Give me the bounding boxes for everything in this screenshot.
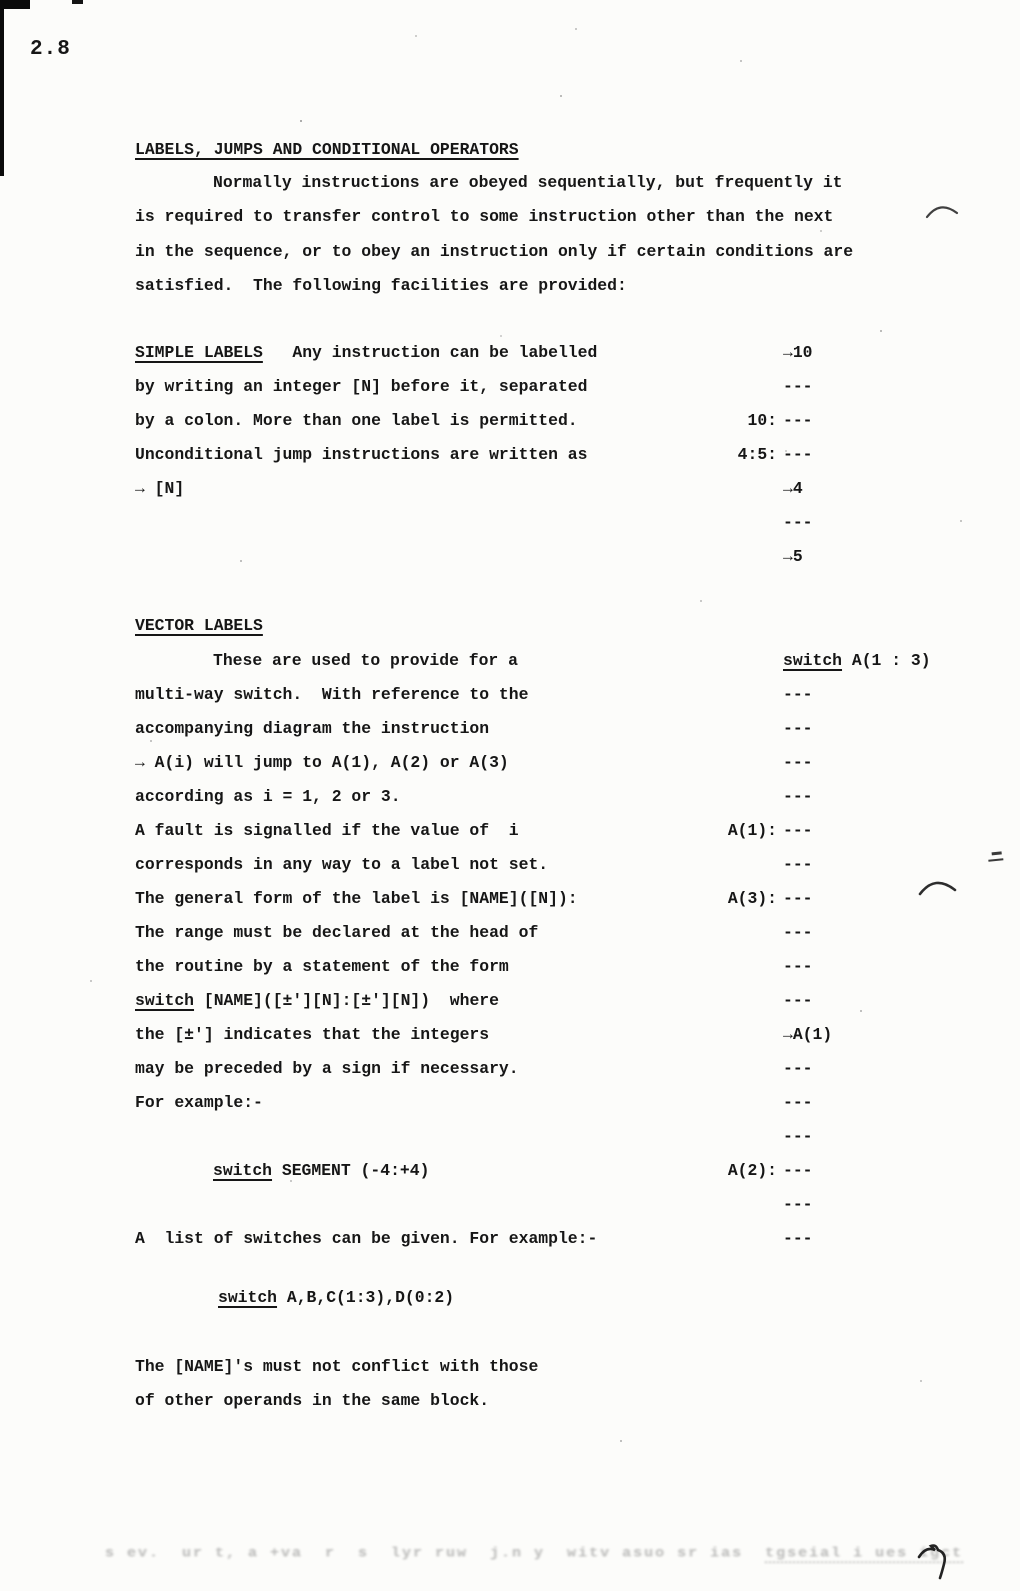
- row-text: Any instruction can be labelled: [263, 343, 597, 362]
- code-text: A(1 : 3): [842, 651, 931, 670]
- code-text: ---: [783, 411, 813, 430]
- text-line: is required to transfer control to some …: [135, 200, 935, 234]
- code-text: ---: [783, 1093, 813, 1112]
- code-line-label: [707, 1052, 777, 1086]
- code-text: ---: [783, 787, 813, 806]
- code-line-label: A(2):: [707, 1154, 777, 1188]
- row-left-text: A list of switches can be given. For exa…: [135, 1222, 707, 1256]
- row-left-text: may be preceded by a sign if necessary.: [135, 1052, 707, 1086]
- row-text: A fault is signalled if the value of i: [135, 821, 519, 840]
- code-line-label: [707, 644, 777, 678]
- code-column: ---: [783, 506, 945, 540]
- code-column: ---: [783, 780, 945, 814]
- row-left-text: [135, 1188, 707, 1222]
- two-column-row: Unconditional jump instructions are writ…: [135, 438, 945, 472]
- code-line-label: [707, 336, 777, 370]
- code-text: ---: [783, 1059, 813, 1078]
- row-left-text: → [N]: [135, 472, 707, 506]
- code-text: ---: [783, 719, 813, 738]
- code-text: ---: [783, 685, 813, 704]
- underlined-keyword: SIMPLE LABELS: [135, 343, 263, 362]
- two-column-row: → [N] →4: [135, 472, 945, 506]
- row-left-text: The general form of the label is [NAME](…: [135, 882, 707, 916]
- two-column-row: The general form of the label is [NAME](…: [135, 882, 945, 916]
- two-column-row: by writing an integer [N] before it, sep…: [135, 370, 945, 404]
- row-text: accompanying diagram the instruction: [135, 719, 489, 738]
- bleed-through-text: s ev. ur t, a +va r s lyr ruw j.n y witv…: [105, 1546, 865, 1562]
- code-line-label: [707, 678, 777, 712]
- row-text: multi-way switch. With reference to the: [135, 685, 528, 704]
- code-text: ---: [783, 991, 813, 1010]
- two-column-row: may be preceded by a sign if necessary. …: [135, 1052, 945, 1086]
- page-title: LABELS, JUMPS AND CONDITIONAL OPERATORS: [135, 140, 519, 159]
- code-line-label: [707, 1222, 777, 1256]
- code-column: ---: [783, 916, 945, 950]
- row-left-text: the [±'] indicates that the integers: [135, 1018, 707, 1052]
- code-line-label: [707, 746, 777, 780]
- row-left-text: A fault is signalled if the value of i: [135, 814, 707, 848]
- code-line-label: [707, 506, 777, 540]
- code-column: ---: [783, 404, 945, 438]
- line-text: of other operands in the same block.: [135, 1391, 489, 1410]
- pen-arc-mark-top: [925, 198, 967, 224]
- code-text: →10: [783, 343, 813, 362]
- two-column-row: switch SEGMENT (-4:+4) A(2): ---: [135, 1154, 945, 1188]
- two-column-row: accompanying diagram the instruction ---: [135, 712, 945, 746]
- code-text: ---: [783, 821, 813, 840]
- code-line-label: [707, 950, 777, 984]
- code-text: →5: [783, 547, 803, 566]
- row-left-text: the routine by a statement of the form: [135, 950, 707, 984]
- row-text: according as i = 1, 2 or 3.: [135, 787, 401, 806]
- text-line: The [NAME]'s must not conflict with thos…: [135, 1350, 538, 1384]
- code-column: switch A(1 : 3): [783, 644, 945, 678]
- text-line: Normally instructions are obeyed sequent…: [135, 166, 935, 200]
- row-text: the routine by a statement of the form: [135, 957, 509, 976]
- row-text: SEGMENT (-4:+4): [272, 1161, 429, 1180]
- line-text: The [NAME]'s must not conflict with thos…: [135, 1357, 538, 1376]
- page-number: 2.8: [30, 38, 71, 61]
- code-text: ---: [783, 889, 813, 908]
- code-line-label: [707, 1188, 777, 1222]
- code-text: →4: [783, 479, 803, 498]
- code-text: ---: [783, 445, 813, 464]
- row-text: The general form of the label is [NAME](…: [135, 889, 578, 908]
- two-column-row: according as i = 1, 2 or 3. ---: [135, 780, 945, 814]
- underlined-keyword: switch: [135, 991, 194, 1010]
- code-line-label: A(1):: [707, 814, 777, 848]
- code-text: ---: [783, 1161, 813, 1180]
- row-left-text: according as i = 1, 2 or 3.: [135, 780, 707, 814]
- code-line-label: 10:: [707, 404, 777, 438]
- code-column: ---: [783, 950, 945, 984]
- two-column-row: The range must be declared at the head o…: [135, 916, 945, 950]
- scan-corner-notch: [72, 0, 83, 4]
- row-text: the [±'] indicates that the integers: [135, 1025, 489, 1044]
- switch-list-text: A,B,C(1:3),D(0:2): [277, 1288, 454, 1307]
- code-column: ---: [783, 1154, 945, 1188]
- row-left-text: [135, 1120, 707, 1154]
- code-text: ---: [783, 1229, 813, 1248]
- two-column-row: → A(i) will jump to A(1), A(2) or A(3) -…: [135, 746, 945, 780]
- text-line: satisfied. The following facilities are …: [135, 269, 935, 303]
- code-line-label: [707, 712, 777, 746]
- code-text: ---: [783, 1127, 813, 1146]
- code-column: ---: [783, 438, 945, 472]
- row-left-text: by a colon. More than one label is permi…: [135, 404, 707, 438]
- row-text: These are used to provide for a: [213, 651, 518, 670]
- two-column-row: →5: [135, 540, 945, 574]
- row-text: → A(i) will jump to A(1), A(2) or A(3): [135, 753, 509, 772]
- code-line-label: [707, 1120, 777, 1154]
- code-column: ---: [783, 814, 945, 848]
- row-left-text: switch SEGMENT (-4:+4): [135, 1154, 707, 1188]
- row-text: For example:-: [135, 1093, 263, 1112]
- row-text: [NAME]([±'][N]:[±'][N]) where: [194, 991, 499, 1010]
- code-column: ---: [783, 1086, 945, 1120]
- two-column-row: A fault is signalled if the value of i A…: [135, 814, 945, 848]
- two-column-row: by a colon. More than one label is permi…: [135, 404, 945, 438]
- code-line-label: [707, 370, 777, 404]
- two-column-row: ---: [135, 506, 945, 540]
- row-left-text: corresponds in any way to a label not se…: [135, 848, 707, 882]
- scan-corner-mark-left: [0, 0, 4, 176]
- code-line-label: [707, 472, 777, 506]
- code-column: ---: [783, 984, 945, 1018]
- code-text: ---: [783, 1195, 813, 1214]
- row-left-text: [135, 506, 707, 540]
- code-column: →A(1): [783, 1018, 945, 1052]
- code-line-label: [707, 540, 777, 574]
- row-text: → [N]: [135, 479, 184, 498]
- margin-equals-mark: [988, 851, 1004, 862]
- code-column: ---: [783, 1188, 945, 1222]
- code-line-label: [707, 916, 777, 950]
- text-line: in the sequence, or to obey an instructi…: [135, 235, 935, 269]
- row-text: corresponds in any way to a label not se…: [135, 855, 548, 874]
- two-column-row: These are used to provide for a switch A…: [135, 644, 945, 678]
- code-text: ---: [783, 855, 813, 874]
- two-column-row: SIMPLE LABELS Any instruction can be lab…: [135, 336, 945, 370]
- code-column: ---: [783, 1222, 945, 1256]
- line-text: is required to transfer control to some …: [135, 207, 833, 226]
- pen-arc-mark-middle: [918, 872, 966, 902]
- code-column: →10: [783, 336, 945, 370]
- line-text: satisfied. The following facilities are …: [135, 276, 627, 295]
- code-text: ---: [783, 753, 813, 772]
- row-text: by writing an integer [N] before it, sep…: [135, 377, 587, 396]
- code-column: →5: [783, 540, 945, 574]
- row-text: may be preceded by a sign if necessary.: [135, 1059, 519, 1078]
- code-line-label: [707, 848, 777, 882]
- line-text: in the sequence, or to obey an instructi…: [135, 242, 853, 261]
- two-column-row: multi-way switch. With reference to the …: [135, 678, 945, 712]
- two-column-row: For example:- ---: [135, 1086, 945, 1120]
- two-column-row: the routine by a statement of the form -…: [135, 950, 945, 984]
- code-column: ---: [783, 678, 945, 712]
- code-text: ---: [783, 957, 813, 976]
- code-line-label: [707, 1086, 777, 1120]
- row-left-text: accompanying diagram the instruction: [135, 712, 707, 746]
- code-column: ---: [783, 1052, 945, 1086]
- row-left-text: switch [NAME]([±'][N]:[±'][N]) where: [135, 984, 707, 1018]
- simple-labels-section: SIMPLE LABELS Any instruction can be lab…: [135, 336, 945, 574]
- text-line: of other operands in the same block.: [135, 1384, 538, 1418]
- switch-keyword: switch: [218, 1288, 277, 1307]
- pen-hook-mark-bottom: [916, 1540, 966, 1588]
- intro-paragraph: Normally instructions are obeyed sequent…: [135, 166, 935, 304]
- row-left-text: These are used to provide for a: [135, 644, 707, 678]
- code-text: ---: [783, 923, 813, 942]
- code-line-label: 4:5:: [707, 438, 777, 472]
- two-column-row: ---: [135, 1188, 945, 1222]
- bleed-fragment-1: s ev. ur t, a +va r s lyr ruw j.n y witv…: [105, 1546, 765, 1562]
- closing-paragraph: The [NAME]'s must not conflict with thos…: [135, 1350, 538, 1419]
- two-column-row: corresponds in any way to a label not se…: [135, 848, 945, 882]
- code-text: ---: [783, 377, 813, 396]
- scan-noise-specks: [300, 120, 302, 122]
- row-text: A list of switches can be given. For exa…: [135, 1229, 597, 1248]
- code-column: ---: [783, 746, 945, 780]
- vector-labels-heading: VECTOR LABELS: [135, 616, 263, 635]
- row-left-text: → A(i) will jump to A(1), A(2) or A(3): [135, 746, 707, 780]
- row-left-text: [135, 540, 707, 574]
- row-left-text: by writing an integer [N] before it, sep…: [135, 370, 707, 404]
- row-left-text: multi-way switch. With reference to the: [135, 678, 707, 712]
- two-column-row: switch [NAME]([±'][N]:[±'][N]) where ---: [135, 984, 945, 1018]
- code-column: →4: [783, 472, 945, 506]
- row-text: The range must be declared at the head o…: [135, 923, 538, 942]
- row-left-text: The range must be declared at the head o…: [135, 916, 707, 950]
- code-text: ---: [783, 513, 813, 532]
- two-column-row: ---: [135, 1120, 945, 1154]
- code-line-label: [707, 780, 777, 814]
- code-column: ---: [783, 712, 945, 746]
- code-line-label: [707, 1018, 777, 1052]
- code-text: →A(1): [783, 1025, 832, 1044]
- row-left-text: Unconditional jump instructions are writ…: [135, 438, 707, 472]
- vector-labels-section: These are used to provide for a switch A…: [135, 644, 945, 1256]
- scan-corner-mark-top: [0, 0, 30, 9]
- scanned-document-page: 2.8 LABELS, JUMPS AND CONDITIONAL OPERAT…: [0, 0, 1020, 1591]
- switch-list-example: switch A,B,C(1:3),D(0:2): [218, 1288, 454, 1307]
- two-column-row: A list of switches can be given. For exa…: [135, 1222, 945, 1256]
- line-text: Normally instructions are obeyed sequent…: [213, 173, 843, 192]
- row-left-text: SIMPLE LABELS Any instruction can be lab…: [135, 336, 707, 370]
- row-text: by a colon. More than one label is permi…: [135, 411, 578, 430]
- row-text: Unconditional jump instructions are writ…: [135, 445, 587, 464]
- row-left-text: For example:-: [135, 1086, 707, 1120]
- code-column: ---: [783, 370, 945, 404]
- two-column-row: the [±'] indicates that the integers →A(…: [135, 1018, 945, 1052]
- underlined-keyword: switch: [213, 1161, 272, 1180]
- code-keyword: switch: [783, 651, 842, 670]
- code-line-label: [707, 984, 777, 1018]
- code-line-label: A(3):: [707, 882, 777, 916]
- code-column: ---: [783, 1120, 945, 1154]
